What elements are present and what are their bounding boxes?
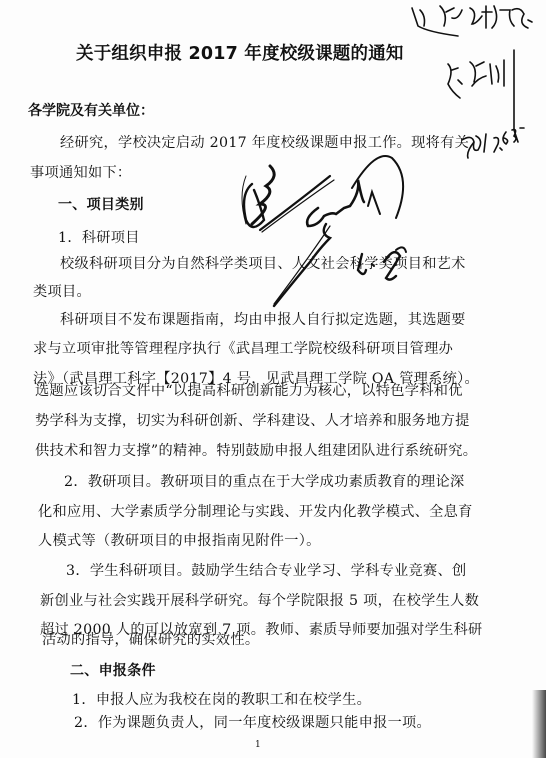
paragraph-line: 校级科研项目分为自然科学类项目、人文社会科学类项目和艺术 [60, 254, 466, 274]
paragraph-line: 科研项目不发布课题指南，均由申报人自行拟定选题，其选题要 [60, 310, 466, 330]
section-heading-2: 二、申报条件 [70, 661, 156, 681]
scan-shadow [532, 690, 546, 758]
paragraph-line: 势学科为支撑，切实为科研创新、学科建设、人才培养和服务地方提 [35, 411, 470, 431]
subheading-research: 1．科研项目 [58, 228, 140, 248]
paragraph-line: 2．作为课题负责人，同一年度校级课题只能申报一项。 [74, 713, 431, 733]
salutation: 各学院及有关单位： [28, 100, 154, 120]
page-number: 1 [255, 740, 261, 750]
paragraph-line: 事项通知如下： [30, 163, 131, 183]
paragraph-line: 化和应用、大学素质学分制理论与实践、开发内化教学模式、全息育 [38, 502, 473, 522]
paragraph-line: 经研究，学校决定启动 2017 年度校级课题申报工作。现将有关 [60, 133, 469, 153]
document-page: 关于组织申报 2017 年度校级课题的通知 各学院及有关单位： 经研究，学校决定… [0, 0, 546, 758]
document-title: 关于组织申报 2017 年度校级课题的通知 [76, 40, 436, 65]
paragraph-line: 活动的指导，确保研究的实效性。 [42, 630, 259, 650]
paragraph-line: 类项目。 [33, 282, 91, 302]
paragraph-line: 供技术和智力支撑”的精神。特别鼓励申报人组建团队进行系统研究。 [35, 441, 477, 461]
paragraph-line: 3．学生科研项目。鼓励学生结合专业学习、学科专业竞赛、创 [66, 561, 467, 581]
paragraph-line: 选题应该切合文件中“以提高科研创新能力为核心，以特色学科和优 [35, 381, 463, 401]
paragraph-line: 新创业与社会实践开展科学研究。每个学院限报 5 项，在校学生人数 [40, 591, 479, 611]
paragraph-line: 求与立项审批等管理程序执行《武昌理工学院校级科研项目管理办 [33, 339, 453, 359]
paragraph-line: 1．申报人应为我校在岗的教职工和在校学生。 [72, 690, 371, 710]
paragraph-line: 人模式等（教研项目的申报指南见附件一）。 [38, 531, 321, 551]
section-heading-1: 一、项目类别 [58, 195, 144, 215]
paragraph-line: 2．教研项目。教研项目的重点在于大学成功素质教育的理论深 [64, 472, 465, 492]
